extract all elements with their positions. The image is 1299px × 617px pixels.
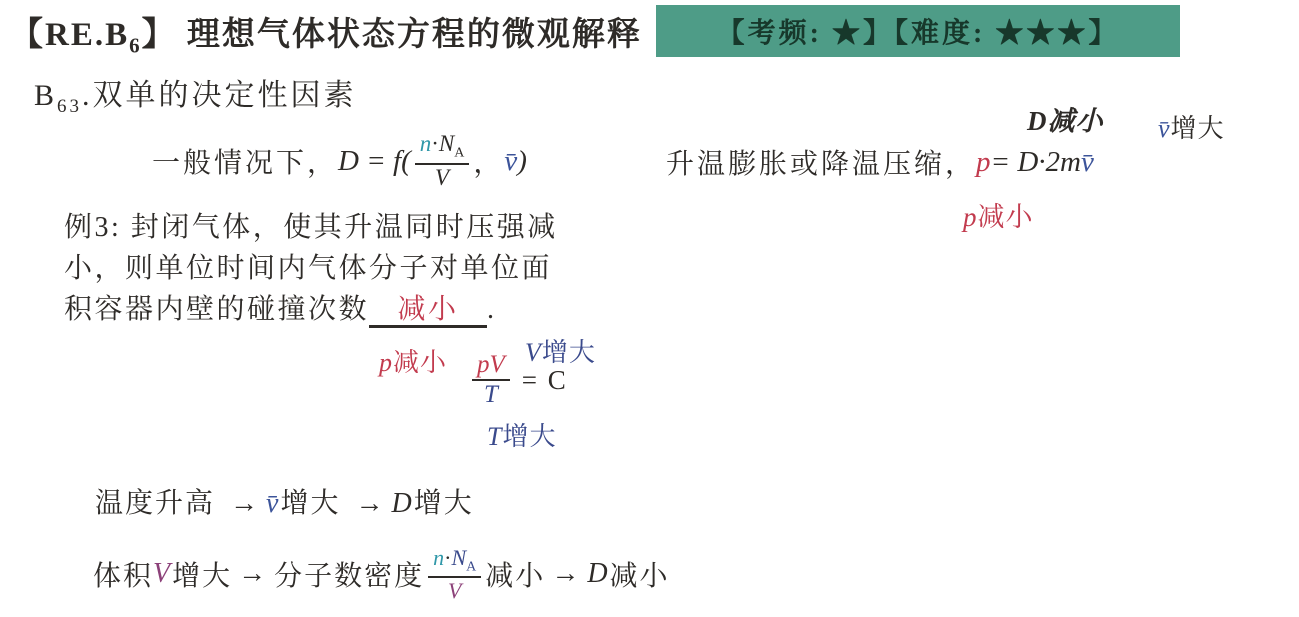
conclusion-vol-part5: 减小: [610, 554, 670, 594]
var-vbar: v̄: [1081, 146, 1094, 179]
var-T: T: [484, 381, 498, 408]
arrow-icon: →: [545, 558, 587, 590]
var-vbar: v̄: [504, 145, 517, 178]
annotation-p-decrease-text: 减小: [978, 202, 1034, 232]
title-close: 】 理想气体状态方程的微观解释: [142, 17, 642, 53]
conclusion-temperature: 温度升高 →v̄增大 →D增大: [95, 481, 474, 521]
var-p: p: [963, 202, 978, 232]
conclusion-volume: 体积 V 增大 → 分子数密度 n·NA V 减小 → D 减小: [93, 541, 670, 607]
var-V: V: [153, 558, 172, 590]
conclusion-vol-part1: 体积: [93, 554, 153, 594]
annotation-d-decrease: D减小: [1027, 99, 1104, 138]
annotation-volume-increase-text: 增大: [542, 338, 596, 367]
var-avogadro: N: [451, 545, 466, 570]
var-avogadro: N: [439, 131, 454, 156]
density-fraction: n·NA V: [428, 546, 481, 602]
var-volume: V: [435, 165, 449, 190]
var-n: n: [420, 131, 432, 156]
var-vbar: v̄: [1158, 114, 1171, 143]
var-volume: V: [448, 578, 461, 602]
rating-badge: 【考频: ★】【难度: ★★★】: [656, 5, 1180, 57]
conclusion-vol-part2: 增大: [172, 554, 232, 594]
general-formula-lhs: D = f(: [338, 145, 411, 178]
var-p: p: [477, 351, 490, 378]
annotation-temp-increase-text: 增大: [502, 422, 556, 451]
conclusion-temp-part1: 温度升高: [95, 488, 224, 519]
density-fraction: n·NA V: [415, 132, 470, 189]
conclusion-temp-part3: 增大: [414, 488, 474, 519]
var-T: T: [487, 422, 502, 451]
example-line-3: 积容器内壁的碰撞次数: [64, 294, 369, 325]
annotation-p-decrease: p减小: [963, 195, 1034, 234]
var-V: V: [490, 351, 505, 378]
gas-law-fraction: pV T: [472, 352, 510, 409]
subtitle-base: B: [34, 79, 57, 112]
subtitle-subscript: 63: [57, 96, 82, 117]
annotation-temp-increase: T增大: [487, 416, 556, 453]
section-subtitle: B63.双单的决定性因素: [34, 70, 357, 118]
general-formula-comma: ，: [473, 141, 504, 181]
pressure-equation: = D·2m: [991, 146, 1081, 179]
conclusion-vol-part3: 分子数密度: [274, 554, 424, 594]
pressure-sentence: 升温膨胀或降温压缩，: [666, 142, 976, 182]
annotation-v-increase: v̄增大: [1158, 108, 1225, 145]
page-title: 【RE.B6】 理想气体状态方程的微观解释: [10, 8, 642, 59]
example-period: .: [487, 294, 497, 325]
notes-page: 【RE.B6】 理想气体状态方程的微观解释 【考频: ★】【难度: ★★★】 B…: [0, 0, 1299, 617]
answer-text: 减小: [398, 294, 459, 325]
var-vbar: v̄: [266, 488, 280, 519]
arrow-icon: →: [224, 488, 266, 519]
example-line-1: 例3: 封闭气体，使其升温同时压强减: [64, 212, 558, 243]
general-formula: 一般情况下， D = f( n·NA V ， v̄ ): [152, 130, 527, 192]
conclusion-vol-part4: 减小: [485, 554, 545, 594]
avogadro-subscript: A: [466, 559, 476, 574]
pressure-formula-line: 升温膨胀或降温压缩， p = D·2m v̄: [666, 142, 1094, 182]
var-p: p: [379, 348, 393, 377]
annotation-p-decrease-mid-text: 减小: [393, 348, 447, 377]
example-line-2: 小，则单位时间内气体分子对单位面: [64, 253, 552, 284]
general-formula-close: ): [517, 145, 527, 178]
arrow-icon: →: [349, 488, 391, 519]
annotation-p-decrease-mid: p减小: [379, 342, 447, 379]
subtitle-rest: .双单的决定性因素: [82, 79, 357, 112]
conclusion-temp-part2: 增大: [280, 488, 349, 519]
var-p: p: [976, 146, 991, 179]
annotation-v-increase-text: 增大: [1171, 114, 1225, 143]
title-subscript: 6: [129, 34, 142, 58]
var-D: D: [587, 558, 609, 590]
dot-operator: ·: [431, 131, 439, 156]
arrow-icon: →: [232, 558, 274, 590]
general-formula-lead: 一般情况下，: [152, 141, 338, 181]
example-3-paragraph: 例3: 封闭气体，使其升温同时压强减 小，则单位时间内气体分子对单位面 积容器内…: [64, 207, 644, 330]
annotation-volume-increase: V增大: [525, 332, 596, 369]
gas-law-equals-c: = C: [522, 365, 568, 396]
answer-blank: 减小: [369, 295, 487, 328]
var-V: V: [525, 338, 542, 367]
var-n: n: [433, 545, 444, 570]
title-open: 【RE.B: [10, 17, 129, 53]
avogadro-subscript: A: [454, 146, 464, 161]
var-D: D: [391, 488, 413, 519]
rating-badge-label: 【考频: ★】【难度: ★★★】: [717, 11, 1120, 51]
